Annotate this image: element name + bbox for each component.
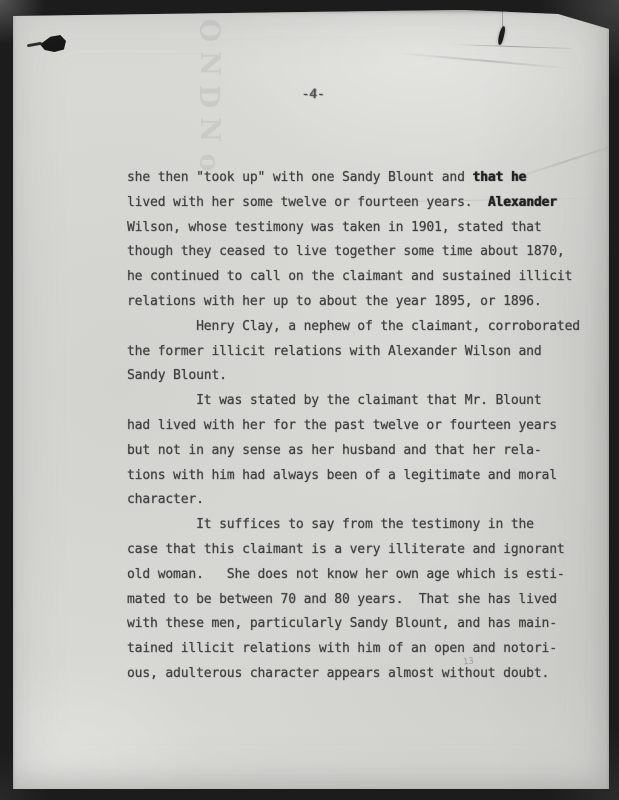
text-line: ous, adulterous character appears almost… xyxy=(127,666,597,691)
ink-blob-tail xyxy=(27,42,42,48)
document-text: she then "took up" with one Sandy Blount… xyxy=(127,170,597,691)
text-line: case that this claimant is a very illite… xyxy=(127,542,597,567)
text-segment-bold: Alexander xyxy=(488,195,557,210)
text-segment: she then "took up" with one Sandy Blount… xyxy=(127,170,472,185)
text-line: Wilson, whose testimony was taken in 190… xyxy=(127,220,597,245)
text-segment: case that this claimant is a very illite… xyxy=(127,542,565,557)
watermark-letter: D xyxy=(192,85,225,108)
text-segment: the former illicit relations with Alexan… xyxy=(127,344,542,359)
text-line: the former illicit relations with Alexan… xyxy=(127,344,597,369)
text-line: tions with him had always been of a legi… xyxy=(127,468,597,493)
text-line: though they ceased to live together some… xyxy=(127,244,597,269)
text-segment: had lived with her for the past twelve o… xyxy=(127,418,557,433)
text-line: character. xyxy=(127,492,597,517)
text-segment: mated to be between 70 and 80 years. Tha… xyxy=(127,592,557,607)
text-segment: tained illicit relations with him of an … xyxy=(127,641,557,656)
document-page: ONDNo -4- she then "took up" with one Sa… xyxy=(13,10,609,789)
watermark-letter: N xyxy=(193,51,226,76)
crease-line xyxy=(401,53,573,70)
text-line: mated to be between 70 and 80 years. Tha… xyxy=(127,592,597,617)
text-segment: but not in any sense as her husband and … xyxy=(127,443,542,458)
text-segment: Wilson, whose testimony was taken in 190… xyxy=(127,220,542,235)
scan-background: { "page": { "number_label": "-4-", "penc… xyxy=(0,0,619,800)
ink-blob xyxy=(40,35,66,52)
pencil-note: 13 xyxy=(463,656,475,667)
crease-line xyxy=(453,44,571,49)
text-line: he continued to call on the claimant and… xyxy=(127,269,597,294)
scan-mount: ONDNo -4- she then "took up" with one Sa… xyxy=(0,0,619,800)
text-line: relations with her up to about the year … xyxy=(127,294,597,319)
text-segment: he continued to call on the claimant and… xyxy=(127,269,572,284)
text-segment: It suffices to say from the testimony in… xyxy=(127,517,534,532)
text-segment: lived with her some twelve or fourteen y… xyxy=(127,195,488,210)
text-line: It suffices to say from the testimony in… xyxy=(127,517,597,542)
watermark-letter: N xyxy=(193,117,226,142)
text-line: had lived with her for the past twelve o… xyxy=(127,418,597,443)
crease-line xyxy=(502,10,503,27)
text-segment-bold: that he xyxy=(472,170,526,185)
text-line: but not in any sense as her husband and … xyxy=(127,443,597,468)
text-segment: old woman. She does not know her own age… xyxy=(127,567,565,582)
text-segment: character. xyxy=(127,492,204,507)
text-segment: Sandy Blount. xyxy=(127,368,227,383)
text-segment: relations with her up to about the year … xyxy=(127,294,542,309)
watermark-letter: O xyxy=(193,19,226,43)
text-segment: ous, adulterous character appears almost… xyxy=(127,666,549,681)
text-line: she then "took up" with one Sandy Blount… xyxy=(127,170,597,195)
text-segment: though they ceased to live together some… xyxy=(127,244,565,259)
text-line: Henry Clay, a nephew of the claimant, co… xyxy=(127,319,597,344)
text-line: It was stated by the claimant that Mr. B… xyxy=(127,393,597,418)
text-line: old woman. She does not know her own age… xyxy=(127,567,597,592)
text-segment: It was stated by the claimant that Mr. B… xyxy=(127,393,542,408)
text-segment: Henry Clay, a nephew of the claimant, co… xyxy=(127,319,580,334)
watermark-letter: o xyxy=(192,153,225,171)
text-segment: tions with him had always been of a legi… xyxy=(127,468,557,483)
text-line: with these men, particularly Sandy Bloun… xyxy=(127,616,597,641)
text-segment: with these men, particularly Sandy Bloun… xyxy=(127,616,557,631)
text-line: lived with her some twelve or fourteen y… xyxy=(127,195,597,220)
text-line: Sandy Blount. xyxy=(127,368,597,393)
watermark: ONDNo xyxy=(189,14,229,179)
fastener-mark xyxy=(497,26,506,46)
page-number: -4- xyxy=(290,87,335,102)
text-line: tained illicit relations with him of an … xyxy=(127,641,597,666)
